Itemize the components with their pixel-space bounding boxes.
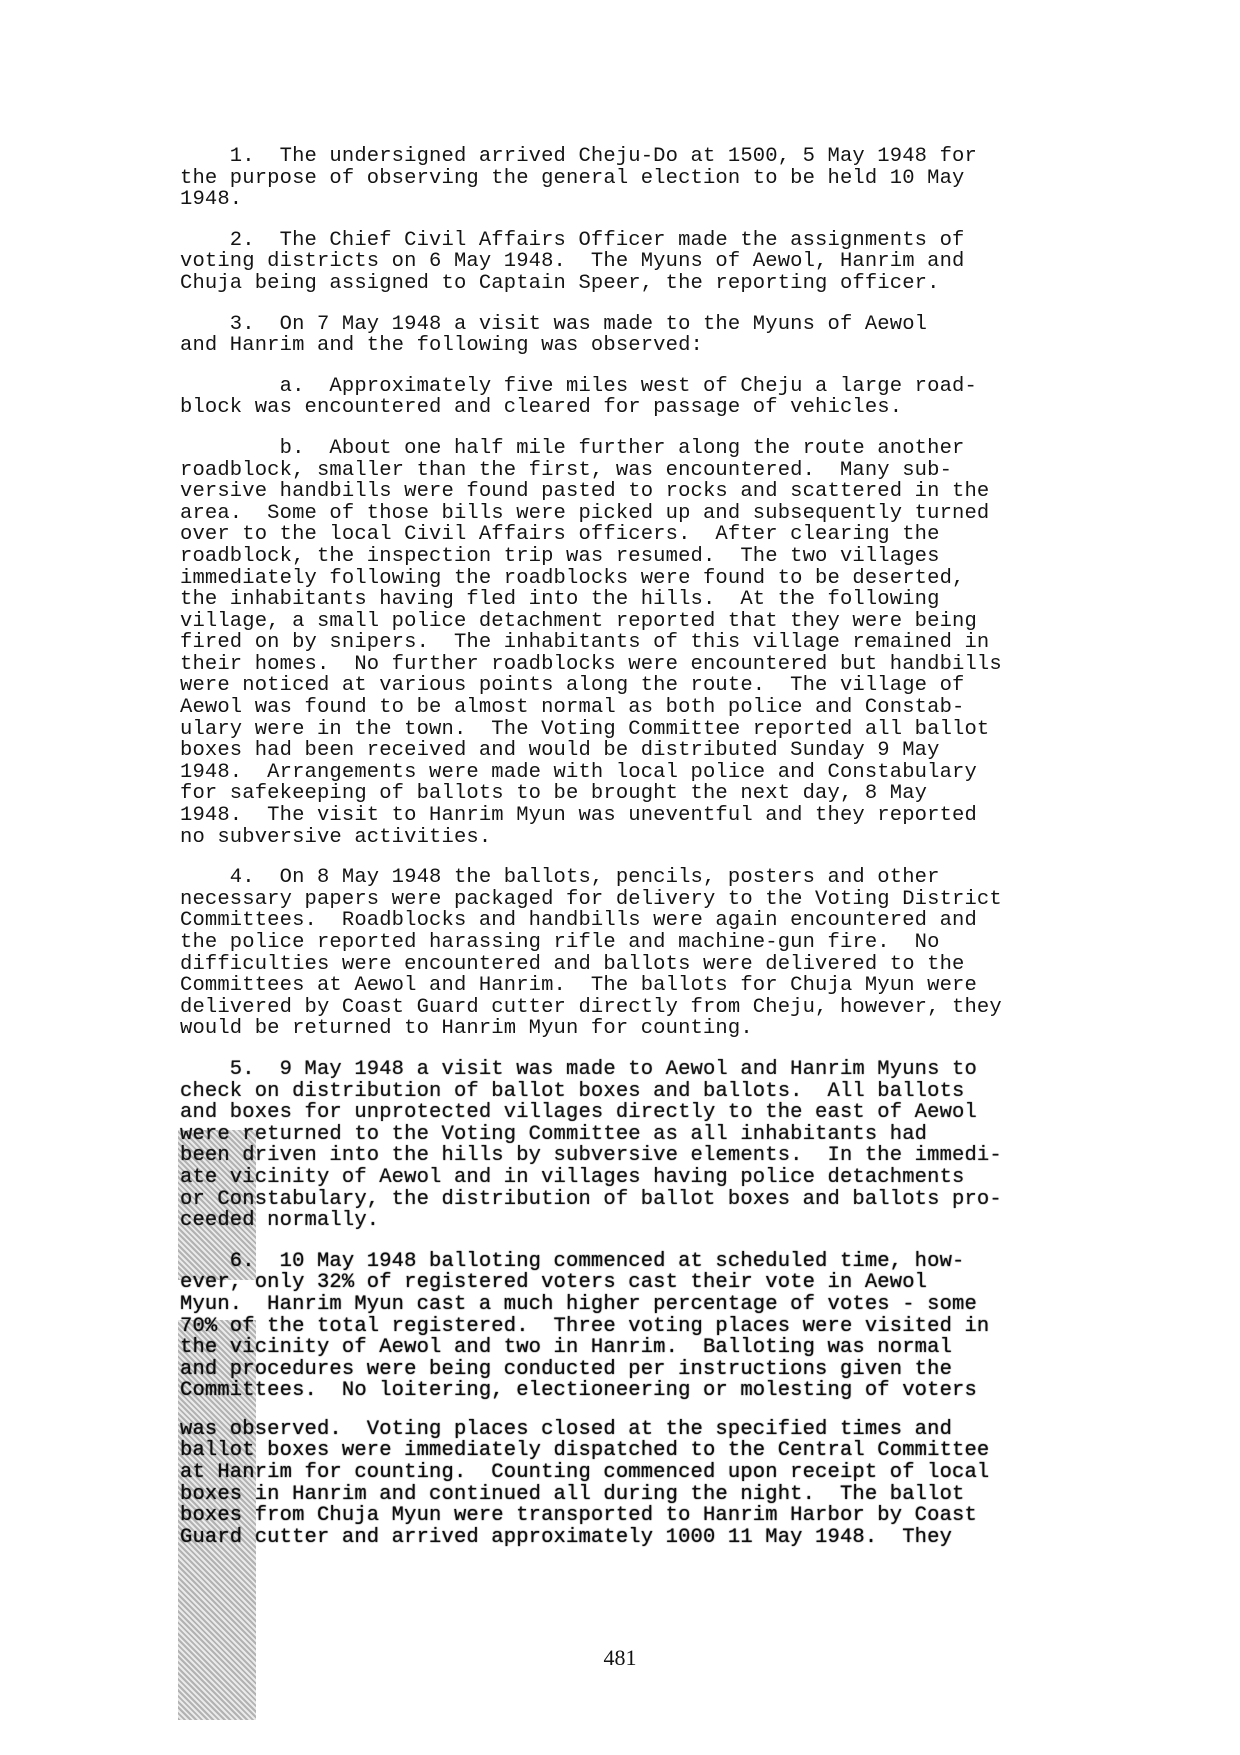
document-body: 1. The undersigned arrived Cheju-Do at 1… — [180, 146, 1080, 1548]
text-line: 1. The undersigned arrived Cheju-Do at 1… — [180, 146, 1080, 168]
text-line: 6. 10 May 1948 balloting commenced at sc… — [180, 1251, 1080, 1273]
text-line: necessary papers were packaged for deliv… — [180, 889, 1080, 911]
text-line: Guard cutter and arrived approximately 1… — [180, 1527, 1080, 1549]
text-line: and Hanrim and the following was observe… — [180, 335, 1080, 357]
paragraph-3: 3. On 7 May 1948 a visit was made to the… — [180, 314, 1080, 357]
document-page: 1. The undersigned arrived Cheju-Do at 1… — [0, 0, 1240, 1755]
paragraph-spacer — [180, 357, 1080, 376]
text-line: over to the local Civil Affairs officers… — [180, 524, 1080, 546]
paragraph-3a: a. Approximately five miles west of Chej… — [180, 376, 1080, 419]
text-line: Chuja being assigned to Captain Speer, t… — [180, 273, 1080, 295]
text-line: roadblock, smaller than the first, was e… — [180, 460, 1080, 482]
text-line: were returned to the Voting Committee as… — [180, 1124, 1080, 1146]
paragraph-2: 2. The Chief Civil Affairs Officer made … — [180, 230, 1080, 295]
text-line: 4. On 8 May 1948 the ballots, pencils, p… — [180, 867, 1080, 889]
text-line: 5. 9 May 1948 a visit was made to Aewol … — [180, 1059, 1080, 1081]
text-line: voting districts on 6 May 1948. The Myun… — [180, 251, 1080, 273]
text-line: the purpose of observing the general ele… — [180, 168, 1080, 190]
text-line: would be returned to Hanrim Myun for cou… — [180, 1018, 1080, 1040]
text-line: or Constabulary, the distribution of bal… — [180, 1189, 1080, 1211]
text-line: 2. The Chief Civil Affairs Officer made … — [180, 230, 1080, 252]
text-line: ballot boxes were immediately dispatched… — [180, 1440, 1080, 1462]
text-line: Committees. Roadblocks and handbills wer… — [180, 910, 1080, 932]
text-line: ever, only 32% of registered voters cast… — [180, 1272, 1080, 1294]
text-line: Committees. No loitering, electioneering… — [180, 1380, 1080, 1402]
paragraph-1: 1. The undersigned arrived Cheju-Do at 1… — [180, 146, 1080, 211]
text-line: boxes in Hanrim and continued all during… — [180, 1484, 1080, 1506]
text-line: were noticed at various points along the… — [180, 675, 1080, 697]
text-line: check on distribution of ballot boxes an… — [180, 1081, 1080, 1103]
text-line: was observed. Voting places closed at th… — [180, 1419, 1080, 1441]
text-line: 1948. Arrangements were made with local … — [180, 762, 1080, 784]
text-line: been driven into the hills by subversive… — [180, 1145, 1080, 1167]
paragraph-spacer — [180, 419, 1080, 438]
text-line: ulary were in the town. The Voting Commi… — [180, 719, 1080, 741]
text-line: 1948. — [180, 189, 1080, 211]
text-line: and procedures were being conducted per … — [180, 1359, 1080, 1381]
text-line: for safekeeping of ballots to be brought… — [180, 783, 1080, 805]
text-line: delivered by Coast Guard cutter directly… — [180, 997, 1080, 1019]
paragraph-spacer — [180, 211, 1080, 230]
text-line: ate vicinity of Aewol and in villages ha… — [180, 1167, 1080, 1189]
text-line: Aewol was found to be almost normal as b… — [180, 697, 1080, 719]
text-line: 70% of the total registered. Three votin… — [180, 1316, 1080, 1338]
paragraph-6: 6. 10 May 1948 balloting commenced at sc… — [180, 1251, 1080, 1549]
paragraph-3b: b. About one half mile further along the… — [180, 438, 1080, 848]
text-line: boxes from Chuja Myun were transported t… — [180, 1505, 1080, 1527]
text-line: village, a small police detachment repor… — [180, 611, 1080, 633]
text-line: versive handbills were found pasted to r… — [180, 481, 1080, 503]
paragraph-spacer — [180, 295, 1080, 314]
text-line: no subversive activities. — [180, 827, 1080, 849]
text-line: 1948. The visit to Hanrim Myun was uneve… — [180, 805, 1080, 827]
text-line: ceeded normally. — [180, 1210, 1080, 1232]
text-line: the police reported harassing rifle and … — [180, 932, 1080, 954]
text-line: difficulties were encountered and ballot… — [180, 954, 1080, 976]
paragraph-spacer — [180, 1232, 1080, 1251]
text-line: their homes. No further roadblocks were … — [180, 654, 1080, 676]
text-line: Committees at Aewol and Hanrim. The ball… — [180, 975, 1080, 997]
text-line: a. Approximately five miles west of Chej… — [180, 376, 1080, 398]
text-line: the inhabitants having fled into the hil… — [180, 589, 1080, 611]
page-number: 481 — [0, 1645, 1240, 1671]
text-line: at Hanrim for counting. Counting commenc… — [180, 1462, 1080, 1484]
text-line: fired on by snipers. The inhabitants of … — [180, 632, 1080, 654]
text-line: and boxes for unprotected villages direc… — [180, 1102, 1080, 1124]
text-line: the vicinity of Aewol and two in Hanrim.… — [180, 1337, 1080, 1359]
text-line: area. Some of those bills were picked up… — [180, 503, 1080, 525]
text-line: Myun. Hanrim Myun cast a much higher per… — [180, 1294, 1080, 1316]
text-line: 3. On 7 May 1948 a visit was made to the… — [180, 314, 1080, 336]
text-line: block was encountered and cleared for pa… — [180, 397, 1080, 419]
paragraph-spacer — [180, 1040, 1080, 1059]
paragraph-5: 5. 9 May 1948 a visit was made to Aewol … — [180, 1059, 1080, 1232]
text-line: boxes had been received and would be dis… — [180, 740, 1080, 762]
text-line: immediately following the roadblocks wer… — [180, 568, 1080, 590]
paragraph-spacer — [180, 848, 1080, 867]
line-spacer — [180, 1402, 1080, 1419]
text-line: roadblock, the inspection trip was resum… — [180, 546, 1080, 568]
text-line: b. About one half mile further along the… — [180, 438, 1080, 460]
paragraph-4: 4. On 8 May 1948 the ballots, pencils, p… — [180, 867, 1080, 1040]
